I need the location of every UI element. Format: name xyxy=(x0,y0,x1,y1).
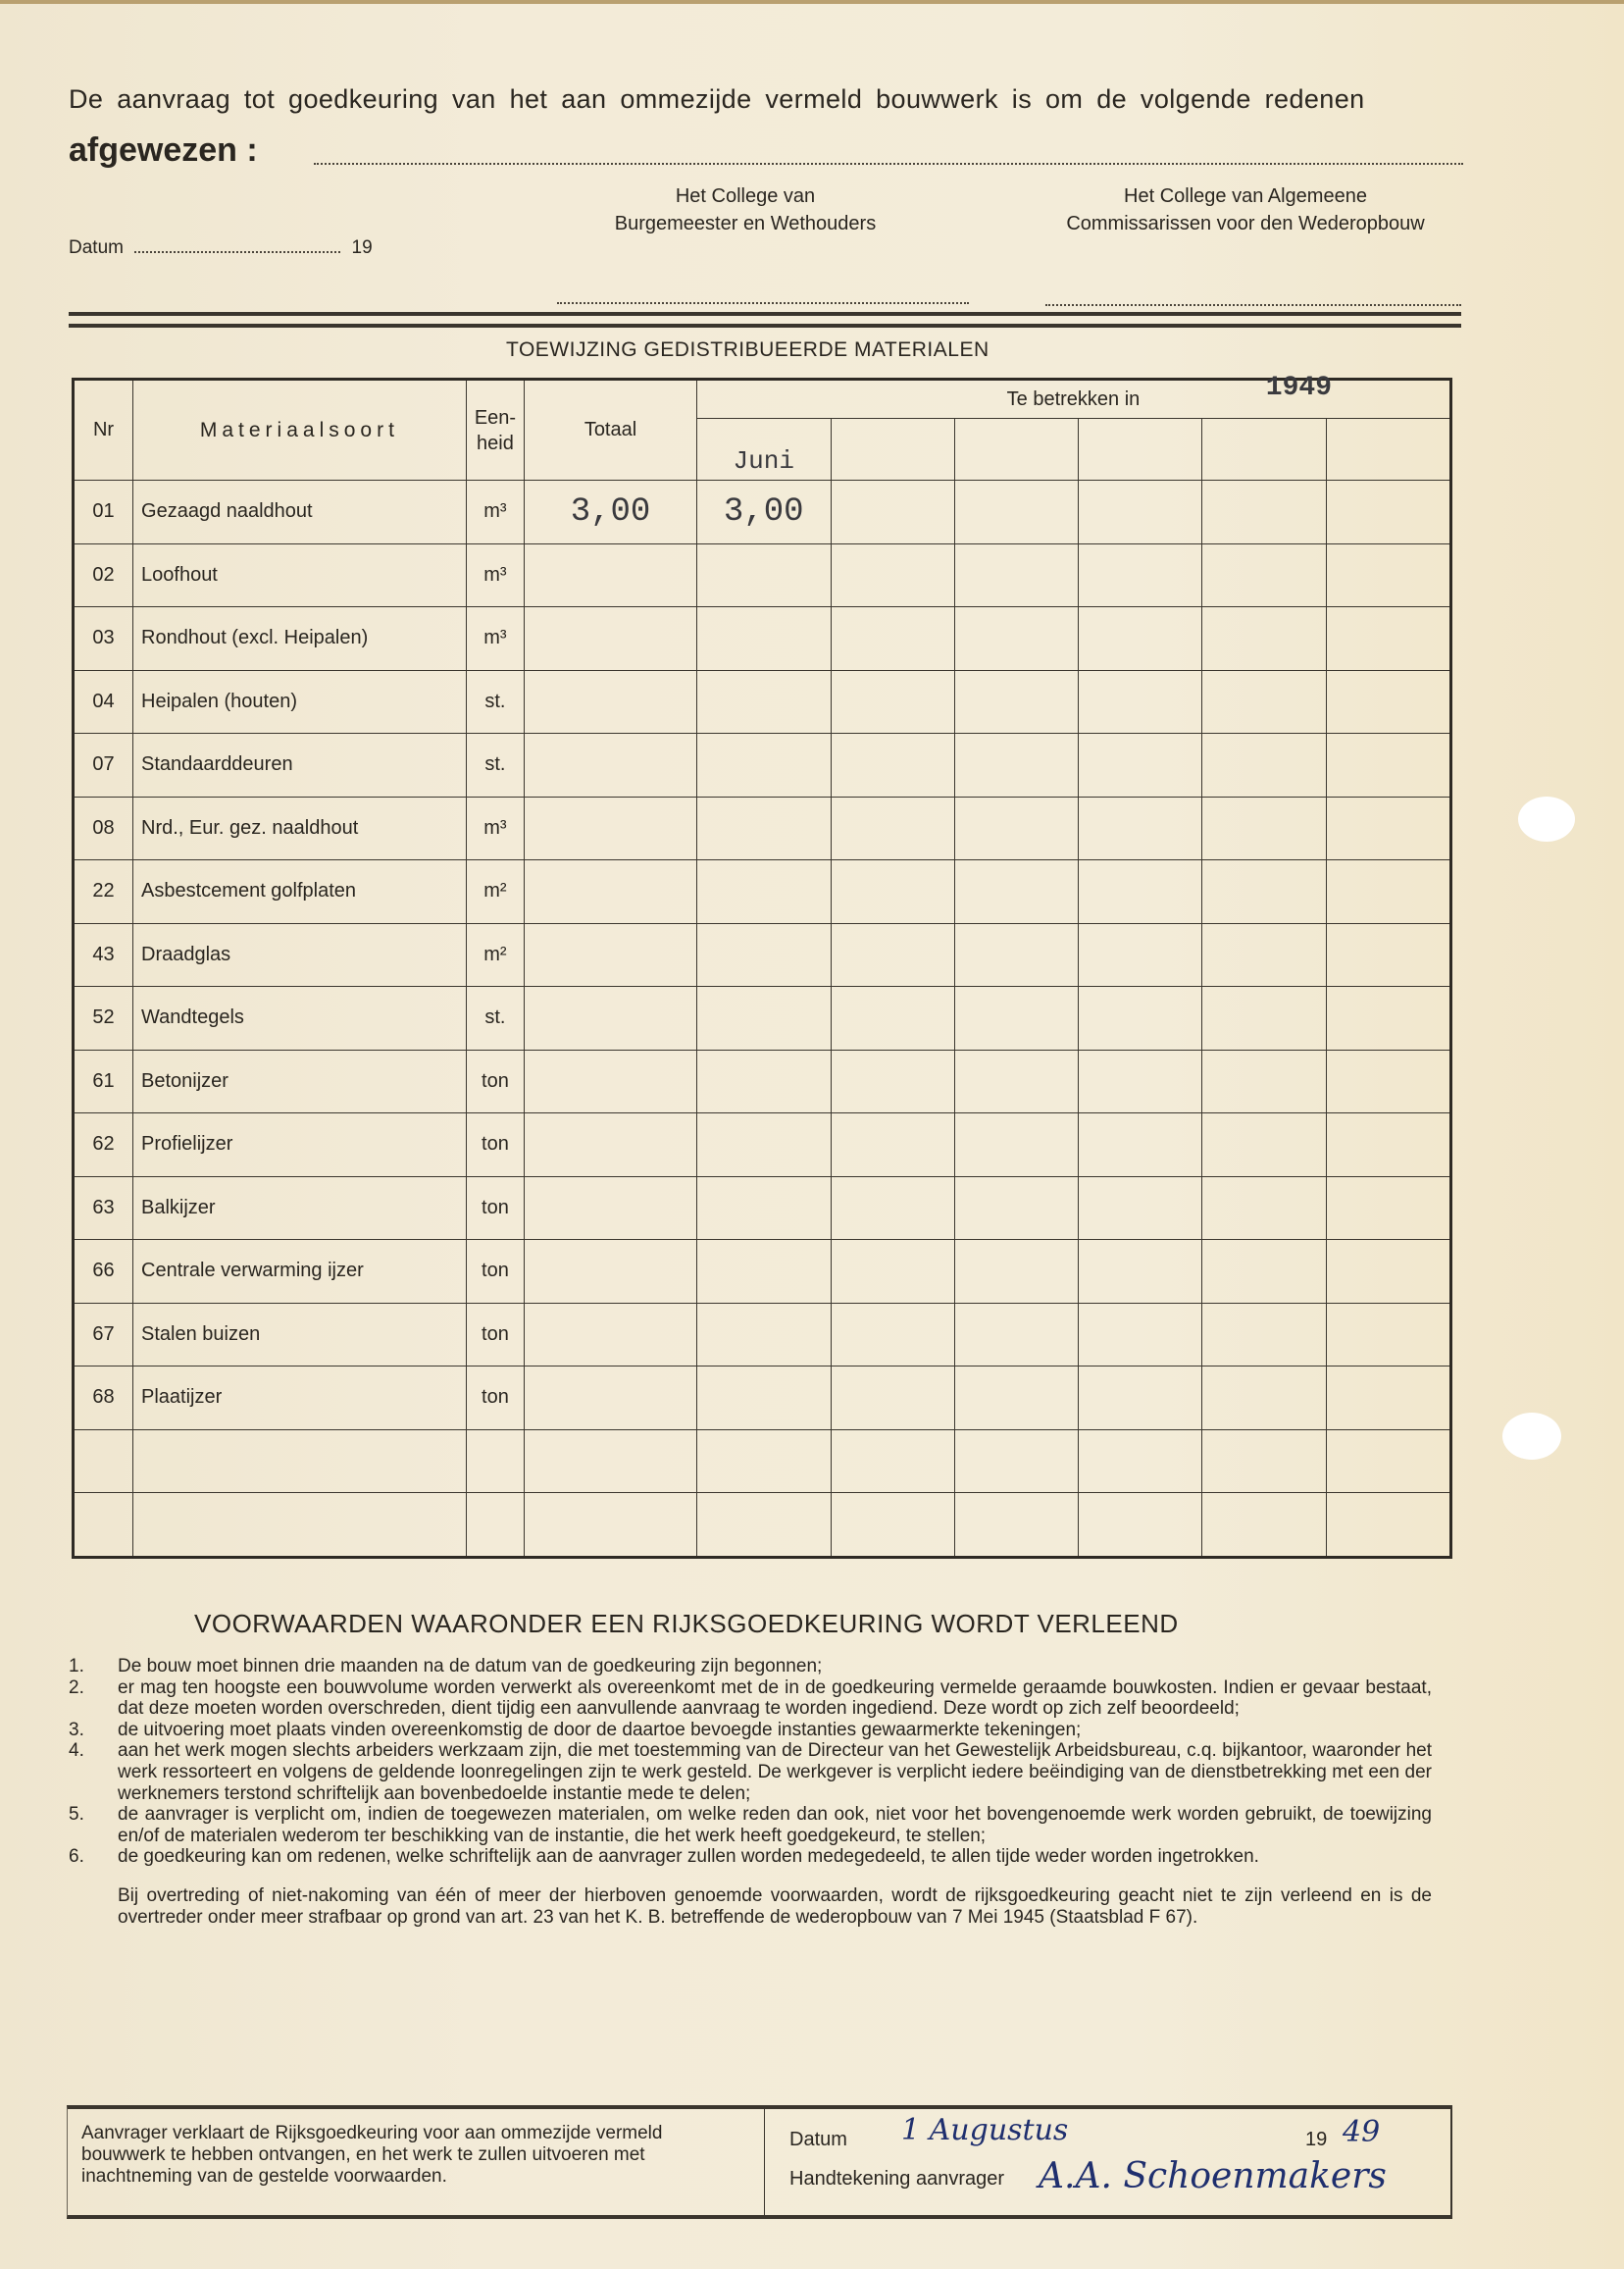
row-month-1[interactable] xyxy=(696,1429,831,1493)
row-month-5[interactable] xyxy=(1202,1367,1326,1430)
table-row: 68 Plaatijzer ton xyxy=(74,1367,1451,1430)
row-month-6[interactable] xyxy=(1326,923,1450,987)
row-month-5[interactable] xyxy=(1202,543,1326,607)
table-row xyxy=(74,1429,1451,1493)
condition-item: 3.de uitvoering moet plaats vinden overe… xyxy=(69,1720,1432,1741)
row-total[interactable] xyxy=(525,923,697,987)
row-month-2[interactable] xyxy=(831,670,954,734)
row-material: Plaatijzer xyxy=(133,1367,467,1430)
punch-hole-top xyxy=(1518,797,1575,842)
rejection-date: Datum 19 xyxy=(69,237,373,259)
college-wederopbouw-line1: Het College van Algemeene xyxy=(1020,182,1471,210)
row-month-1[interactable] xyxy=(696,1113,831,1177)
row-unit: st. xyxy=(466,987,524,1051)
row-month-5[interactable] xyxy=(1202,1429,1326,1493)
row-material xyxy=(133,1493,467,1558)
row-month-4[interactable] xyxy=(1079,1367,1202,1430)
row-month-4[interactable] xyxy=(1079,670,1202,734)
row-material: Wandtegels xyxy=(133,987,467,1051)
section-divider-top xyxy=(69,312,1461,316)
college-wederopbouw-label: Het College van Algemeene Commissarissen… xyxy=(1020,182,1471,237)
row-month-2[interactable] xyxy=(831,987,954,1051)
table-row: 02 Loofhout m³ xyxy=(74,543,1451,607)
row-month-2[interactable] xyxy=(831,797,954,860)
row-month-1[interactable] xyxy=(696,1240,831,1304)
month-header-6[interactable] xyxy=(1326,419,1450,481)
row-nr: 61 xyxy=(74,1050,133,1113)
row-month-6[interactable] xyxy=(1326,1493,1450,1558)
row-unit: ton xyxy=(466,1050,524,1113)
row-unit: ton xyxy=(466,1240,524,1304)
row-nr: 03 xyxy=(74,607,133,671)
row-month-6[interactable] xyxy=(1326,1303,1450,1367)
row-month-5[interactable] xyxy=(1202,1113,1326,1177)
declaration-text: Aanvrager verklaart de Rijksgoedkeuring … xyxy=(81,2123,748,2188)
row-month-5[interactable] xyxy=(1202,1050,1326,1113)
row-month-6[interactable] xyxy=(1326,607,1450,671)
row-month-3[interactable] xyxy=(954,797,1078,860)
table-row xyxy=(74,1493,1451,1558)
row-month-6[interactable] xyxy=(1326,543,1450,607)
row-total[interactable] xyxy=(525,1113,697,1177)
period-label: Te betrekken in xyxy=(1007,388,1141,410)
row-total[interactable] xyxy=(525,860,697,924)
row-month-2[interactable] xyxy=(831,1429,954,1493)
row-month-1[interactable] xyxy=(696,860,831,924)
row-month-4[interactable] xyxy=(1079,1429,1202,1493)
table-row: 67 Stalen buizen ton xyxy=(74,1303,1451,1367)
row-month-6[interactable] xyxy=(1326,1240,1450,1304)
row-nr: 63 xyxy=(74,1176,133,1240)
row-month-1[interactable] xyxy=(696,543,831,607)
row-month-4[interactable] xyxy=(1079,543,1202,607)
row-material: Asbestcement golfplaten xyxy=(133,860,467,924)
row-total[interactable] xyxy=(525,1303,697,1367)
row-month-3[interactable] xyxy=(954,860,1078,924)
declaration-year-field[interactable]: 49 xyxy=(1343,2115,1380,2149)
row-month-1[interactable] xyxy=(696,923,831,987)
declaration-divider xyxy=(764,2109,765,2215)
row-unit: ton xyxy=(466,1367,524,1430)
row-month-4[interactable] xyxy=(1079,1303,1202,1367)
row-month-3[interactable] xyxy=(954,1240,1078,1304)
row-month-1[interactable] xyxy=(696,1050,831,1113)
row-month-3[interactable] xyxy=(954,481,1078,544)
materials-table: Nr Materiaalsoort Een- heid Totaal Te be… xyxy=(72,378,1452,1559)
row-month-3[interactable] xyxy=(954,670,1078,734)
row-month-5[interactable] xyxy=(1202,1493,1326,1558)
row-nr: 68 xyxy=(74,1367,133,1430)
row-nr xyxy=(74,1493,133,1558)
row-total[interactable] xyxy=(525,1050,697,1113)
row-nr: 04 xyxy=(74,670,133,734)
row-unit: m² xyxy=(466,860,524,924)
month-header-2[interactable] xyxy=(831,419,954,481)
row-month-1[interactable] xyxy=(696,797,831,860)
row-month-5[interactable] xyxy=(1202,987,1326,1051)
row-unit: ton xyxy=(466,1303,524,1367)
row-unit: m³ xyxy=(466,481,524,544)
row-month-4[interactable] xyxy=(1079,923,1202,987)
row-nr: 08 xyxy=(74,797,133,860)
row-unit xyxy=(466,1429,524,1493)
row-month-4[interactable] xyxy=(1079,734,1202,798)
row-unit: st. xyxy=(466,670,524,734)
row-month-2[interactable] xyxy=(831,481,954,544)
row-month-1[interactable]: 3,00 xyxy=(696,481,831,544)
row-month-4[interactable] xyxy=(1079,1113,1202,1177)
rejected-label: afgewezen : xyxy=(69,131,258,170)
row-month-5[interactable] xyxy=(1202,1303,1326,1367)
row-month-6[interactable] xyxy=(1326,860,1450,924)
row-month-4[interactable] xyxy=(1079,1050,1202,1113)
table-row: 52 Wandtegels st. xyxy=(74,987,1451,1051)
declaration-date-label: Datum xyxy=(789,2129,847,2151)
row-month-2[interactable] xyxy=(831,1367,954,1430)
punch-hole-bottom xyxy=(1502,1413,1561,1460)
college-bw-line2: Burgemeester en Wethouders xyxy=(549,210,941,237)
section-divider-bottom xyxy=(69,324,1461,328)
row-month-4[interactable] xyxy=(1079,1493,1202,1558)
row-month-5[interactable] xyxy=(1202,860,1326,924)
row-material: Heipalen (houten) xyxy=(133,670,467,734)
row-unit: ton xyxy=(466,1176,524,1240)
row-nr: 02 xyxy=(74,543,133,607)
row-total[interactable] xyxy=(525,734,697,798)
row-month-5[interactable] xyxy=(1202,797,1326,860)
row-month-5[interactable] xyxy=(1202,1240,1326,1304)
row-month-6[interactable] xyxy=(1326,987,1450,1051)
month-header-4[interactable] xyxy=(1079,419,1202,481)
rejection-date-label: Datum xyxy=(69,237,124,258)
month-header-1[interactable]: Juni xyxy=(696,419,831,481)
row-month-2[interactable] xyxy=(831,543,954,607)
row-nr: 43 xyxy=(74,923,133,987)
row-material xyxy=(133,1429,467,1493)
row-total[interactable] xyxy=(525,1493,697,1558)
table-row: 61 Betonijzer ton xyxy=(74,1050,1451,1113)
row-unit: m³ xyxy=(466,543,524,607)
row-month-6[interactable] xyxy=(1326,670,1450,734)
row-unit: m³ xyxy=(466,797,524,860)
table-row: 04 Heipalen (houten) st. xyxy=(74,670,1451,734)
row-month-4[interactable] xyxy=(1079,987,1202,1051)
row-total[interactable] xyxy=(525,670,697,734)
row-month-1[interactable] xyxy=(696,607,831,671)
row-month-4[interactable] xyxy=(1079,860,1202,924)
row-month-3[interactable] xyxy=(954,987,1078,1051)
declaration-box: Aanvrager verklaart de Rijksgoedkeuring … xyxy=(67,2105,1452,2219)
table-row: 07 Standaarddeuren st. xyxy=(74,734,1451,798)
row-month-4[interactable] xyxy=(1079,481,1202,544)
row-month-3[interactable] xyxy=(954,734,1078,798)
row-nr: 67 xyxy=(74,1303,133,1367)
row-month-6[interactable] xyxy=(1326,1367,1450,1430)
row-total[interactable]: 3,00 xyxy=(525,481,697,544)
row-material: Loofhout xyxy=(133,543,467,607)
row-month-1[interactable] xyxy=(696,1367,831,1430)
signature-line-bw[interactable] xyxy=(557,302,969,304)
table-row: 63 Balkijzer ton xyxy=(74,1176,1451,1240)
row-month-2[interactable] xyxy=(831,1050,954,1113)
table-row: 08 Nrd., Eur. gez. naaldhout m³ xyxy=(74,797,1451,860)
row-month-5[interactable] xyxy=(1202,607,1326,671)
penalty-clause: Bij overtreding of niet-nakoming van één… xyxy=(118,1885,1432,1928)
table-row: 62 Profielijzer ton xyxy=(74,1113,1451,1177)
row-month-3[interactable] xyxy=(954,1303,1078,1367)
row-month-3[interactable] xyxy=(954,1113,1078,1177)
row-month-4[interactable] xyxy=(1079,1176,1202,1240)
row-total[interactable] xyxy=(525,1429,697,1493)
row-month-2[interactable] xyxy=(831,734,954,798)
row-month-6[interactable] xyxy=(1326,734,1450,798)
row-total[interactable] xyxy=(525,987,697,1051)
row-month-6[interactable] xyxy=(1326,1176,1450,1240)
declaration-date-field[interactable]: 1 Augustus xyxy=(901,2113,1068,2147)
row-material: Balkijzer xyxy=(133,1176,467,1240)
row-material: Nrd., Eur. gez. naaldhout xyxy=(133,797,467,860)
declaration-year-prefix: 19 xyxy=(1305,2129,1327,2151)
row-month-4[interactable] xyxy=(1079,797,1202,860)
table-row: 43 Draadglas m² xyxy=(74,923,1451,987)
row-month-2[interactable] xyxy=(831,607,954,671)
row-total[interactable] xyxy=(525,1367,697,1430)
row-month-3[interactable] xyxy=(954,607,1078,671)
row-month-3[interactable] xyxy=(954,1367,1078,1430)
row-nr: 62 xyxy=(74,1113,133,1177)
row-month-4[interactable] xyxy=(1079,1240,1202,1304)
allocation-title: TOEWIJZING GEDISTRIBUEERDE MATERIALEN xyxy=(506,338,990,362)
row-total[interactable] xyxy=(525,797,697,860)
row-month-1[interactable] xyxy=(696,987,831,1051)
row-material: Rondhout (excl. Heipalen) xyxy=(133,607,467,671)
row-month-6[interactable] xyxy=(1326,797,1450,860)
row-total[interactable] xyxy=(525,607,697,671)
row-nr: 01 xyxy=(74,481,133,544)
row-month-3[interactable] xyxy=(954,1429,1078,1493)
col-header-material: Materiaalsoort xyxy=(133,380,467,481)
row-month-5[interactable] xyxy=(1202,923,1326,987)
row-month-1[interactable] xyxy=(696,1303,831,1367)
row-month-2[interactable] xyxy=(831,1240,954,1304)
rejection-date-field[interactable] xyxy=(134,251,340,253)
college-bw-label: Het College van Burgemeester en Wethoude… xyxy=(549,182,941,237)
row-nr: 52 xyxy=(74,987,133,1051)
signature-field[interactable]: A.A. Schoenmakers xyxy=(1039,2156,1387,2196)
row-unit xyxy=(466,1493,524,1558)
row-month-6[interactable] xyxy=(1326,1050,1450,1113)
row-month-1[interactable] xyxy=(696,1176,831,1240)
rejection-date-year-prefix: 19 xyxy=(352,237,373,258)
row-month-5[interactable] xyxy=(1202,670,1326,734)
condition-item: 2.er mag ten hoogste een bouwvolume word… xyxy=(69,1677,1432,1720)
row-nr: 22 xyxy=(74,860,133,924)
condition-item: 4.aan het werk mogen slechts arbeiders w… xyxy=(69,1740,1432,1804)
row-month-6[interactable] xyxy=(1326,1113,1450,1177)
row-month-5[interactable] xyxy=(1202,734,1326,798)
table-row: 01 Gezaagd naaldhout m³ 3,00 3,00 xyxy=(74,481,1451,544)
college-bw-line1: Het College van xyxy=(549,182,941,210)
row-month-3[interactable] xyxy=(954,1050,1078,1113)
row-material: Gezaagd naaldhout xyxy=(133,481,467,544)
rejection-intro-text: De aanvraag tot goedkeuring van het aan … xyxy=(69,84,1365,115)
rejection-reason-field[interactable] xyxy=(314,163,1463,165)
col-header-unit: Een- heid xyxy=(466,380,524,481)
row-month-6[interactable] xyxy=(1326,481,1450,544)
row-unit: st. xyxy=(466,734,524,798)
row-material: Profielijzer xyxy=(133,1113,467,1177)
row-month-6[interactable] xyxy=(1326,1429,1450,1493)
row-month-2[interactable] xyxy=(831,1176,954,1240)
row-month-2[interactable] xyxy=(831,1303,954,1367)
row-material: Centrale verwarming ijzer xyxy=(133,1240,467,1304)
conditions-title: VOORWAARDEN WAARONDER EEN RIJKSGOEDKEURI… xyxy=(194,1609,1179,1639)
row-month-3[interactable] xyxy=(954,923,1078,987)
row-material: Stalen buizen xyxy=(133,1303,467,1367)
col-header-period: Te betrekken in 1949 xyxy=(696,380,1450,419)
row-total[interactable] xyxy=(525,1240,697,1304)
row-material: Betonijzer xyxy=(133,1050,467,1113)
table-row: 66 Centrale verwarming ijzer ton xyxy=(74,1240,1451,1304)
row-total[interactable] xyxy=(525,543,697,607)
col-header-total: Totaal xyxy=(525,380,697,481)
col-header-nr: Nr xyxy=(74,380,133,481)
row-month-1[interactable] xyxy=(696,1493,831,1558)
condition-item: 1.De bouw moet binnen drie maanden na de… xyxy=(69,1656,1432,1677)
month-header-3[interactable] xyxy=(954,419,1078,481)
condition-item: 5.de aanvrager is verplicht om, indien d… xyxy=(69,1804,1432,1846)
row-total[interactable] xyxy=(525,1176,697,1240)
row-material: Draadglas xyxy=(133,923,467,987)
row-month-1[interactable] xyxy=(696,734,831,798)
row-unit: m³ xyxy=(466,607,524,671)
table-row: 22 Asbestcement golfplaten m² xyxy=(74,860,1451,924)
row-month-4[interactable] xyxy=(1079,607,1202,671)
row-nr xyxy=(74,1429,133,1493)
signature-label: Handtekening aanvrager xyxy=(789,2168,1004,2191)
condition-item: 6.de goedkeuring kan om redenen, welke s… xyxy=(69,1846,1432,1868)
row-month-5[interactable] xyxy=(1202,1176,1326,1240)
row-month-3[interactable] xyxy=(954,543,1078,607)
row-nr: 66 xyxy=(74,1240,133,1304)
conditions-list: 1.De bouw moet binnen drie maanden na de… xyxy=(69,1656,1432,1928)
signature-line-wederopbouw[interactable] xyxy=(1045,304,1461,306)
row-nr: 07 xyxy=(74,734,133,798)
row-material: Standaarddeuren xyxy=(133,734,467,798)
row-month-2[interactable] xyxy=(831,1493,954,1558)
row-month-2[interactable] xyxy=(831,923,954,987)
month-header-5[interactable] xyxy=(1202,419,1326,481)
college-wederopbouw-line2: Commissarissen voor den Wederopbouw xyxy=(1020,210,1471,237)
row-month-1[interactable] xyxy=(696,670,831,734)
row-month-2[interactable] xyxy=(831,1113,954,1177)
row-month-5[interactable] xyxy=(1202,481,1326,544)
row-unit: ton xyxy=(466,1113,524,1177)
row-month-3[interactable] xyxy=(954,1493,1078,1558)
row-month-3[interactable] xyxy=(954,1176,1078,1240)
page-top-edge xyxy=(0,0,1624,4)
row-unit: m² xyxy=(466,923,524,987)
period-year[interactable]: 1949 xyxy=(1266,373,1332,403)
row-month-2[interactable] xyxy=(831,860,954,924)
table-row: 03 Rondhout (excl. Heipalen) m³ xyxy=(74,607,1451,671)
